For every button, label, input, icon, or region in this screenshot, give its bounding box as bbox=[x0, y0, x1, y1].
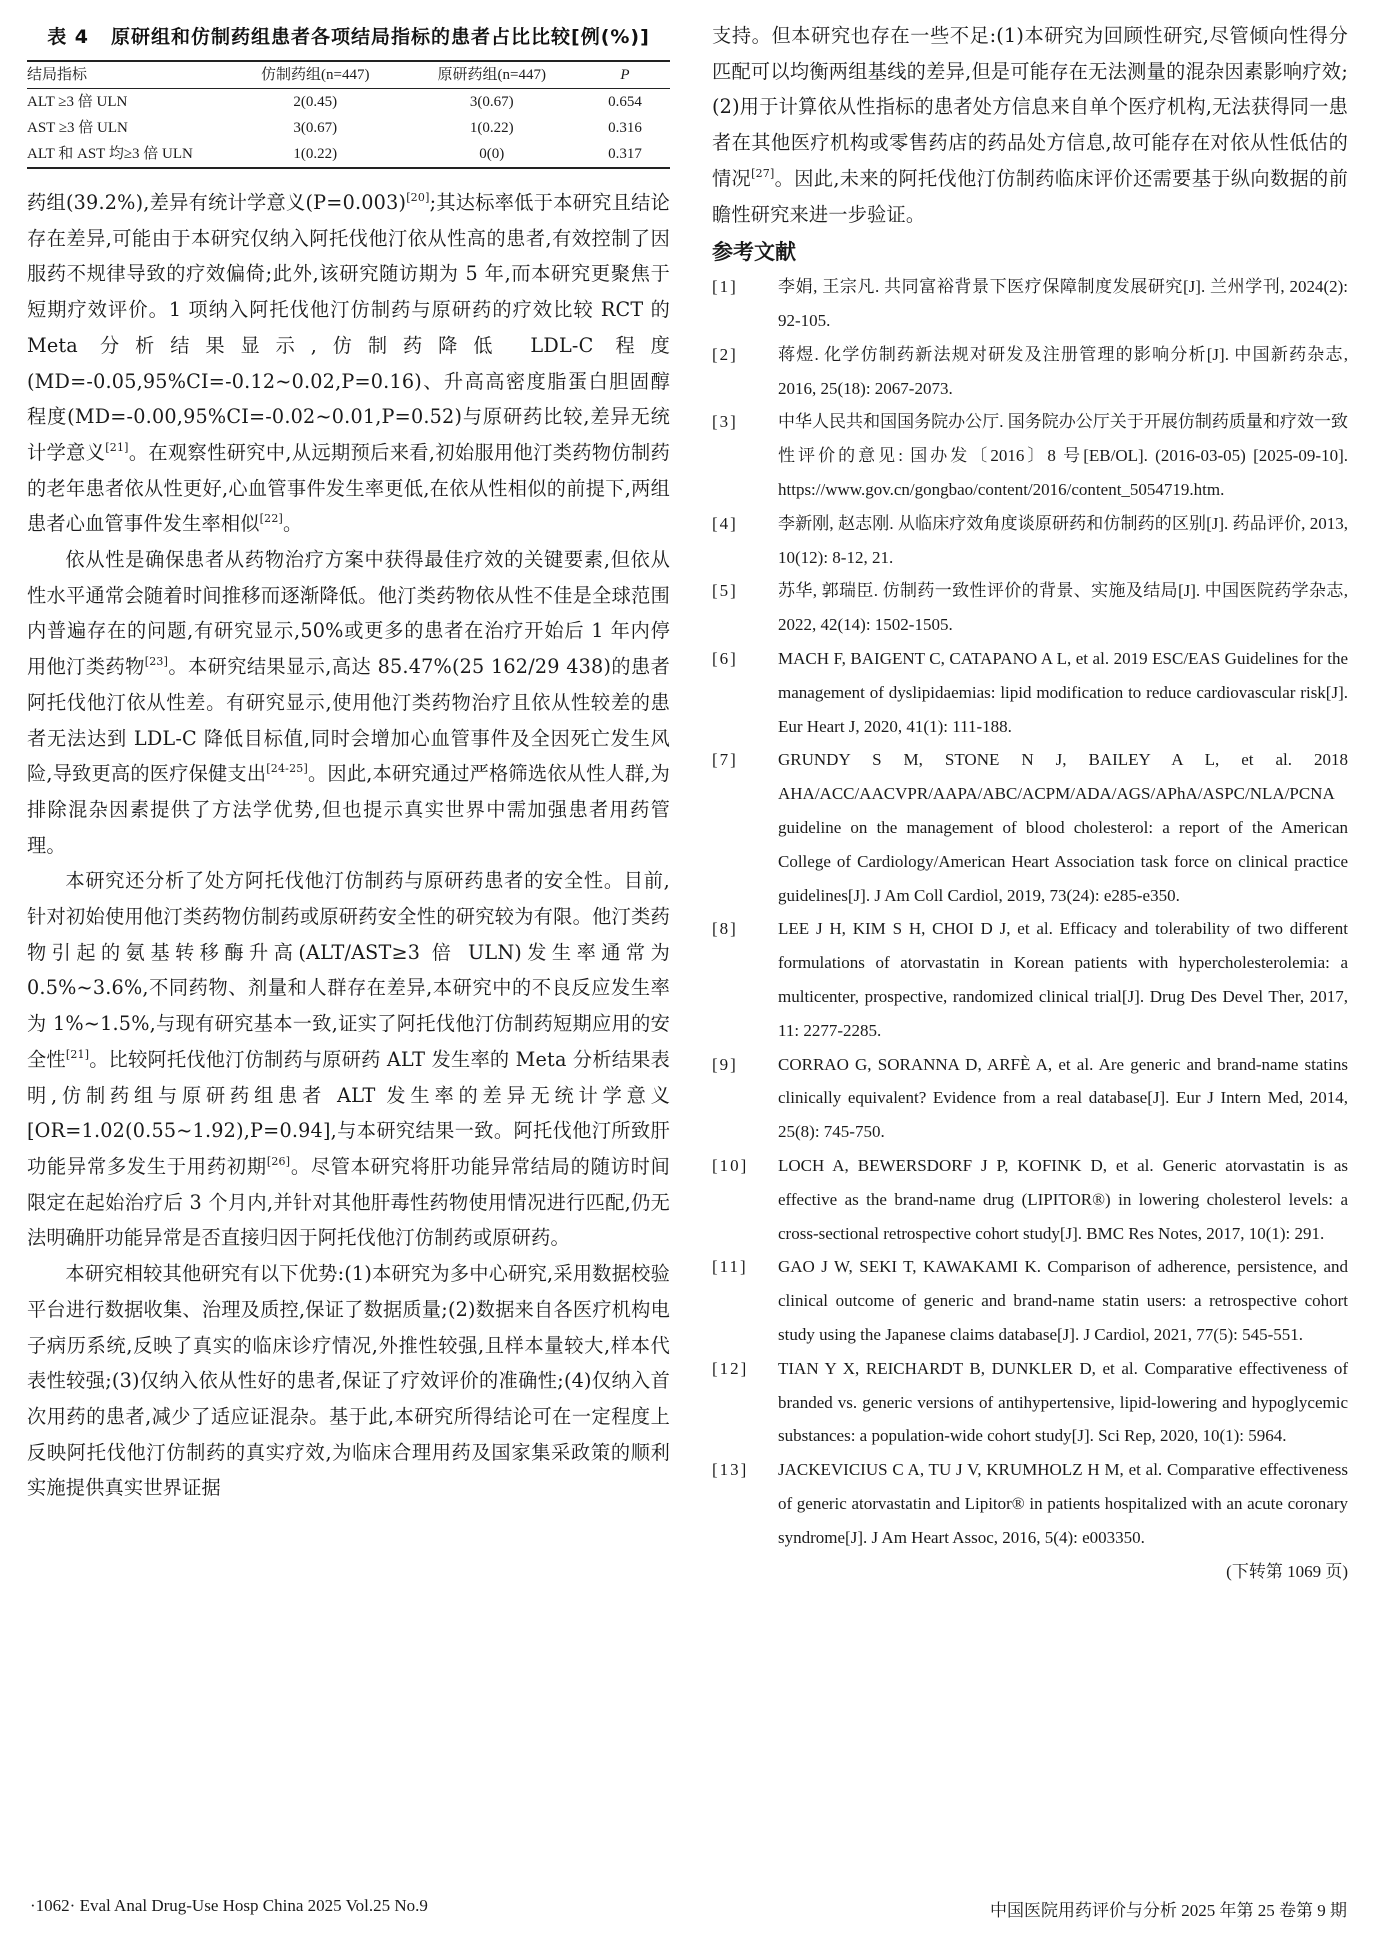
reference-number: [5] bbox=[712, 574, 778, 642]
citation-marker: [24-25] bbox=[266, 762, 308, 775]
reference-text: 蒋煜. 化学仿制药新法规对研发及注册管理的影响分析[J]. 中国新药杂志, 20… bbox=[778, 338, 1348, 406]
table-body: ALT ≥3 倍 ULN2(0.45)3(0.67)0.654AST ≥3 倍 … bbox=[27, 89, 670, 169]
reference-number: [8] bbox=[712, 912, 778, 1047]
reference-item: [12]TIAN Y X, REICHARDT B, DUNKLER D, et… bbox=[712, 1352, 1348, 1453]
reference-number: [9] bbox=[712, 1048, 778, 1149]
reference-item: [6]MACH F, BAIGENT C, CATAPANO A L, et a… bbox=[712, 642, 1348, 743]
col-header-p: P bbox=[580, 61, 670, 89]
col-header-outcome: 结局指标 bbox=[27, 61, 227, 89]
reference-text: 李新刚, 赵志刚. 从临床疗效角度谈原研药和仿制药的区别[J]. 药品评价, 2… bbox=[778, 507, 1348, 575]
text-run: 本研究还分析了处方阿托伐他汀仿制药与原研药患者的安全性。目前,针对初始使用他汀类… bbox=[27, 869, 670, 1071]
footer-page-info: ·1062· Eval Anal Drug-Use Hosp China 202… bbox=[30, 1896, 428, 1916]
cell-p: 0.316 bbox=[580, 115, 670, 141]
cell-generic: 3(0.67) bbox=[227, 115, 404, 141]
reference-item: [7]GRUNDY S M, STONE N J, BAILEY A L, et… bbox=[712, 743, 1348, 912]
left-column: 表 4原研组和仿制药组患者各项结局指标的患者占比比较[例(%)] 结局指标 仿制… bbox=[27, 18, 670, 1506]
reference-number: [7] bbox=[712, 743, 778, 912]
p-label: P bbox=[620, 67, 629, 83]
reference-number: [4] bbox=[712, 507, 778, 575]
reference-text: CORRAO G, SORANNA D, ARFÈ A, et al. Are … bbox=[778, 1048, 1348, 1149]
reference-text: GRUNDY S M, STONE N J, BAILEY A L, et al… bbox=[778, 743, 1348, 912]
text-run: 。 bbox=[283, 512, 302, 535]
reference-number: [1] bbox=[712, 270, 778, 338]
reference-item: [5]苏华, 郭瑞臣. 仿制药一致性评价的背景、实施及结局[J]. 中国医院药学… bbox=[712, 574, 1348, 642]
table-row: ALT ≥3 倍 ULN2(0.45)3(0.67)0.654 bbox=[27, 89, 670, 116]
reference-item: [1]李娟, 王宗凡. 共同富裕背景下医疗保障制度发展研究[J]. 兰州学刊, … bbox=[712, 270, 1348, 338]
reference-item: [2]蒋煜. 化学仿制药新法规对研发及注册管理的影响分析[J]. 中国新药杂志,… bbox=[712, 338, 1348, 406]
footer-journal-info: 中国医院用药评价与分析 2025 年第 25 卷第 9 期 bbox=[990, 1896, 1347, 1921]
reference-item: [9]CORRAO G, SORANNA D, ARFÈ A, et al. A… bbox=[712, 1048, 1348, 1149]
reference-item: [10]LOCH A, BEWERSDORF J P, KOFINK D, et… bbox=[712, 1149, 1348, 1250]
cell-original: 0(0) bbox=[404, 141, 581, 168]
reference-number: [3] bbox=[712, 405, 778, 506]
right-column: 支持。但本研究也存在一些不足:(1)本研究为回顾性研究,尽管倾向性得分匹配可以均… bbox=[712, 18, 1348, 1589]
cell-p: 0.654 bbox=[580, 89, 670, 116]
left-body-text: 药组(39.2%),差异有统计学意义(P=0.003)[20];其达标率低于本研… bbox=[27, 185, 670, 1506]
citation-marker: [23] bbox=[145, 655, 168, 668]
reference-text: 中华人民共和国国务院办公厅. 国务院办公厅关于开展仿制药质量和疗效一致性评价的意… bbox=[778, 405, 1348, 506]
cell-outcome: ALT ≥3 倍 ULN bbox=[27, 89, 227, 116]
reference-item: [3]中华人民共和国国务院办公厅. 国务院办公厅关于开展仿制药质量和疗效一致性评… bbox=[712, 405, 1348, 506]
reference-text: JACKEVICIUS C A, TU J V, KRUMHOLZ H M, e… bbox=[778, 1453, 1348, 1554]
text-run: ;其达标率低于本研究且结论存在差异,可能由于本研究仅纳入阿托伐他汀依从性高的患者… bbox=[27, 191, 670, 464]
text-run: 药组(39.2%),差异有统计学意义(P=0.003) bbox=[27, 191, 406, 214]
cell-original: 3(0.67) bbox=[404, 89, 581, 116]
citation-marker: [26] bbox=[267, 1155, 290, 1168]
citation-marker: [20] bbox=[406, 191, 429, 204]
body-paragraph: 药组(39.2%),差异有统计学意义(P=0.003)[20];其达标率低于本研… bbox=[27, 185, 670, 542]
table-row: ALT 和 AST 均≥3 倍 ULN1(0.22)0(0)0.317 bbox=[27, 141, 670, 168]
table-caption: 原研组和仿制药组患者各项结局指标的患者占比比较[例(%)] bbox=[111, 26, 650, 48]
reference-text: LEE J H, KIM S H, CHOI D J, et al. Effic… bbox=[778, 912, 1348, 1047]
cell-generic: 1(0.22) bbox=[227, 141, 404, 168]
reference-number: [10] bbox=[712, 1149, 778, 1250]
continued-note: (下转第 1069 页) bbox=[712, 1555, 1348, 1589]
right-body-text: 支持。但本研究也存在一些不足:(1)本研究为回顾性研究,尽管倾向性得分匹配可以均… bbox=[712, 18, 1348, 232]
text-run: 。在观察性研究中,从远期预后来看,初始服用他汀类药物仿制药的老年患者依从性更好,… bbox=[27, 441, 670, 535]
reference-item: [4]李新刚, 赵志刚. 从临床疗效角度谈原研药和仿制药的区别[J]. 药品评价… bbox=[712, 507, 1348, 575]
reference-list: [1]李娟, 王宗凡. 共同富裕背景下医疗保障制度发展研究[J]. 兰州学刊, … bbox=[712, 270, 1348, 1554]
reference-number: [13] bbox=[712, 1453, 778, 1554]
citation-marker: [22] bbox=[260, 512, 283, 525]
cell-original: 1(0.22) bbox=[404, 115, 581, 141]
table-number: 表 4 bbox=[47, 26, 89, 48]
references-heading: 参考文献 bbox=[712, 234, 1348, 270]
reference-item: [11]GAO J W, SEKI T, KAWAKAMI K. Compari… bbox=[712, 1250, 1348, 1351]
table-4: 结局指标 仿制药组(n=447) 原研药组(n=447) P ALT ≥3 倍 … bbox=[27, 60, 670, 169]
table-4-title: 表 4原研组和仿制药组患者各项结局指标的患者占比比较[例(%)] bbox=[27, 18, 670, 56]
col-header-original: 原研药组(n=447) bbox=[404, 61, 581, 89]
reference-text: TIAN Y X, REICHARDT B, DUNKLER D, et al.… bbox=[778, 1352, 1348, 1453]
reference-text: GAO J W, SEKI T, KAWAKAMI K. Comparison … bbox=[778, 1250, 1348, 1351]
reference-number: [2] bbox=[712, 338, 778, 406]
reference-item: [8]LEE J H, KIM S H, CHOI D J, et al. Ef… bbox=[712, 912, 1348, 1047]
table-row: AST ≥3 倍 ULN3(0.67)1(0.22)0.316 bbox=[27, 115, 670, 141]
body-paragraph: 支持。但本研究也存在一些不足:(1)本研究为回顾性研究,尽管倾向性得分匹配可以均… bbox=[712, 18, 1348, 232]
citation-marker: [21] bbox=[66, 1048, 89, 1061]
table-header-row: 结局指标 仿制药组(n=447) 原研药组(n=447) P bbox=[27, 61, 670, 89]
body-paragraph: 本研究相较其他研究有以下优势:(1)本研究为多中心研究,采用数据校验平台进行数据… bbox=[27, 1256, 670, 1506]
reference-number: [12] bbox=[712, 1352, 778, 1453]
cell-generic: 2(0.45) bbox=[227, 89, 404, 116]
reference-text: 苏华, 郭瑞臣. 仿制药一致性评价的背景、实施及结局[J]. 中国医院药学杂志,… bbox=[778, 574, 1348, 642]
text-run: 。因此,未来的阿托伐他汀仿制药临床评价还需要基于纵向数据的前瞻性研究来进一步验证… bbox=[712, 167, 1348, 226]
cell-outcome: AST ≥3 倍 ULN bbox=[27, 115, 227, 141]
cell-outcome: ALT 和 AST 均≥3 倍 ULN bbox=[27, 141, 227, 168]
cell-p: 0.317 bbox=[580, 141, 670, 168]
body-paragraph: 依从性是确保患者从药物治疗方案中获得最佳疗效的关键要素,但依从性水平通常会随着时… bbox=[27, 542, 670, 863]
reference-text: 李娟, 王宗凡. 共同富裕背景下医疗保障制度发展研究[J]. 兰州学刊, 202… bbox=[778, 270, 1348, 338]
reference-number: [11] bbox=[712, 1250, 778, 1351]
citation-marker: [27] bbox=[751, 167, 774, 180]
reference-number: [6] bbox=[712, 642, 778, 743]
col-header-generic: 仿制药组(n=447) bbox=[227, 61, 404, 89]
body-paragraph: 本研究还分析了处方阿托伐他汀仿制药与原研药患者的安全性。目前,针对初始使用他汀类… bbox=[27, 863, 670, 1256]
text-run: 本研究相较其他研究有以下优势:(1)本研究为多中心研究,采用数据校验平台进行数据… bbox=[27, 1262, 670, 1499]
text-run: 支持。但本研究也存在一些不足:(1)本研究为回顾性研究,尽管倾向性得分匹配可以均… bbox=[712, 24, 1348, 190]
reference-item: [13]JACKEVICIUS C A, TU J V, KRUMHOLZ H … bbox=[712, 1453, 1348, 1554]
citation-marker: [21] bbox=[105, 441, 128, 454]
reference-text: LOCH A, BEWERSDORF J P, KOFINK D, et al.… bbox=[778, 1149, 1348, 1250]
reference-text: MACH F, BAIGENT C, CATAPANO A L, et al. … bbox=[778, 642, 1348, 743]
